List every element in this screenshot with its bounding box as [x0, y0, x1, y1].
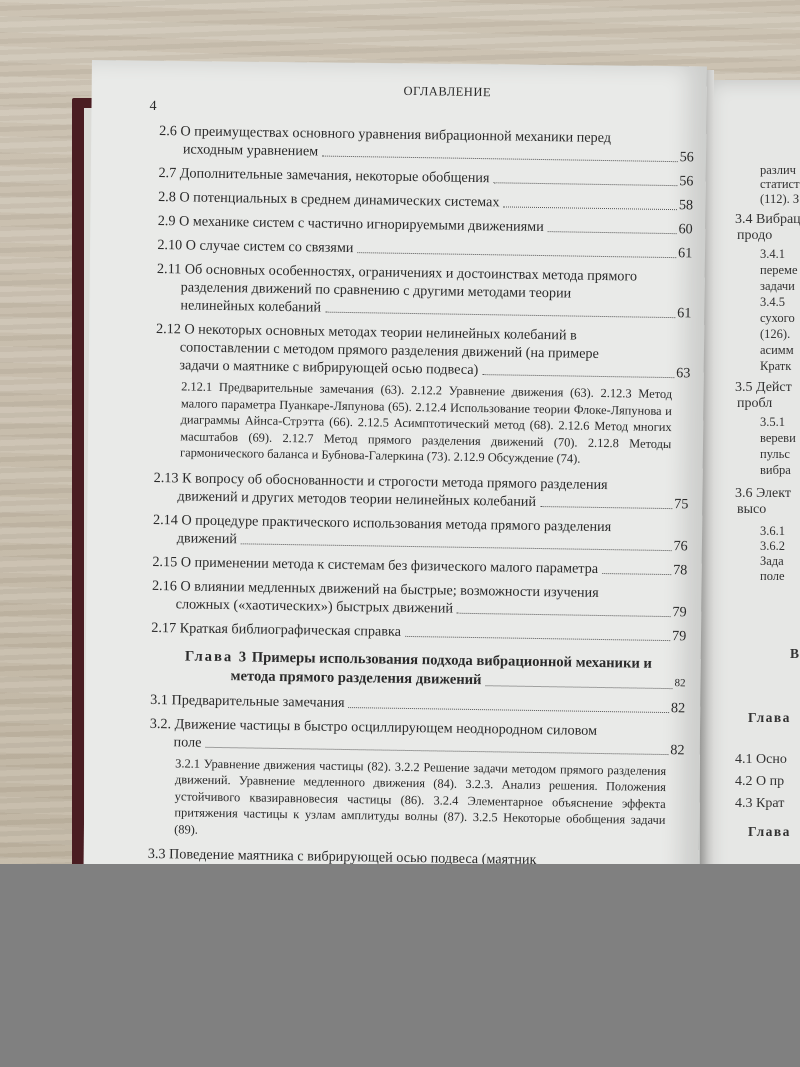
toc-entry: 2.16 О влиянии медленных движений на быс…: [152, 576, 687, 620]
right-page-fragment: 4.1 Осно: [735, 752, 787, 768]
dot-leader: [548, 231, 677, 234]
toc-entry-page: 82: [671, 699, 685, 717]
toc-entry: 2.13 К вопросу об обоснованности и строг…: [153, 468, 688, 512]
toc-entry-page: 58: [679, 196, 693, 214]
toc-entry-page: 79: [672, 603, 686, 621]
toc-entry-title-cont: поле: [173, 733, 201, 751]
toc-section-2: 2.6 О преимуществах основного уравнения …: [151, 122, 694, 645]
toc-entry-line: 2.15 О применении метода к системам без …: [152, 552, 687, 578]
right-page-fragment: вереви: [760, 430, 796, 446]
right-page-fragment: сухого: [760, 310, 795, 326]
dot-leader: [540, 506, 672, 509]
toc-entry-title-cont: сложных («хаотических») быстрых движений: [176, 595, 454, 617]
right-page-fragment: асимм: [760, 342, 794, 358]
right-page-fragment: 3.4.5: [760, 294, 785, 310]
toc-entry: 2.7 Дополнительные замечания, некоторые …: [158, 164, 693, 190]
dot-leader: [357, 252, 676, 258]
toc-entry: 2.10 О случае систем со связями61: [157, 236, 692, 262]
dot-leader: [457, 612, 670, 616]
right-page-fragment: продо: [737, 228, 772, 244]
right-page-fragment: 4.3 Крат: [735, 796, 784, 812]
toc-entry-page: 56: [679, 148, 693, 166]
dot-leader: [485, 685, 672, 689]
dot-leader: [405, 635, 670, 640]
right-page-fragment: 4.2 О пр: [735, 774, 784, 790]
right-page-fragment: 3.4 Вибрац: [735, 212, 800, 228]
toc-entry-title-cont: исходным уравнением: [183, 140, 319, 160]
toc-entry: 2.12 О некоторых основных методах теории…: [155, 320, 691, 382]
right-page-fragment: 3.6.1: [760, 523, 785, 539]
right-page-fragment: переме: [760, 262, 798, 278]
toc-entry-page: 63: [676, 364, 690, 382]
right-page-fragment: (112). З: [760, 191, 799, 207]
toc-entry-title: 2.7 Дополнительные замечания, некоторые …: [158, 164, 489, 187]
toc-entry-line: 2.10 О случае систем со связями61: [157, 236, 692, 262]
toc-entry-page: 79: [672, 627, 686, 645]
toc-entry-page: 75: [674, 495, 688, 513]
chapter-heading: Глава 3 Примеры использования подхода ви…: [150, 646, 686, 692]
redaction-overlay: [0, 864, 800, 1067]
right-page-fragment: поле: [760, 568, 785, 584]
toc-entry: 2.14 О процедуре практического использов…: [153, 510, 688, 554]
toc-entry-page: 78: [673, 561, 687, 579]
toc-entry: 2.17 Краткая библиографическая справка79: [151, 618, 686, 644]
toc-entry-line: 2.8 О потенциальных в среднем динамическ…: [158, 188, 693, 214]
right-page-fragment: высо: [737, 502, 766, 518]
right-page-fragment: (126).: [760, 326, 790, 342]
dot-leader: [325, 312, 675, 319]
toc-entry-title-cont: задачи о маятнике с вибрирующей осью под…: [179, 356, 478, 379]
right-page-fragment: 3.5.1: [760, 414, 785, 430]
toc-entry: 2.11 Об основных особенностях, ограничен…: [156, 260, 692, 322]
toc-entry: 3.2. Движение частицы в быстро осциллиру…: [149, 714, 684, 758]
dot-leader: [602, 573, 671, 575]
dot-leader: [493, 182, 677, 186]
toc-entry-title: 2.15 О применении метода к системам без …: [152, 552, 598, 577]
toc-entry: 2.8 О потенциальных в среднем динамическ…: [158, 188, 693, 214]
right-page-fragment: Зада: [760, 553, 784, 569]
right-page-fragment: статист: [760, 176, 800, 192]
toc-entry-page: 61: [678, 244, 692, 262]
right-page-fragment: Глава: [748, 824, 791, 840]
toc-entry-page: 61: [677, 304, 691, 322]
right-page-fragment: Кратк: [760, 358, 791, 374]
toc-subsections: 3.2.1 Уравнение движения частицы (82). 3…: [148, 754, 684, 845]
toc-entry-title-cont: нелинейных колебаний: [180, 296, 321, 316]
toc-entry-line: 2.7 Дополнительные замечания, некоторые …: [158, 164, 693, 190]
dot-leader: [482, 374, 674, 378]
toc-entry-line: 2.9 О механике систем с частично игнорир…: [158, 212, 693, 238]
toc-section-3: 3.1 Предварительные замечания823.2. Движ…: [147, 690, 685, 889]
dot-leader: [349, 707, 669, 713]
toc-entry-title: 2.17 Краткая библиографическая справка: [151, 618, 401, 640]
toc-entry-line: 3.1 Предварительные замечания82: [150, 690, 685, 716]
right-page-fragment: В: [790, 646, 800, 662]
right-page-fragment: задачи: [760, 278, 795, 294]
toc-entry-page: 82: [670, 741, 684, 759]
dot-leader: [322, 156, 677, 163]
toc-entry-title: 2.10 О случае систем со связями: [157, 236, 353, 257]
dot-leader: [241, 543, 672, 551]
toc-entry-title: 2.9 О механике систем с частично игнорир…: [158, 212, 544, 236]
right-page-fragment: 3.4.1: [760, 246, 785, 262]
toc-entry: 2.9 О механике систем с частично игнорир…: [158, 212, 693, 238]
toc-entry: 2.15 О применении метода к системам без …: [152, 552, 687, 578]
toc-subsections: 2.12.1 Предварительные замечания (63). 2…: [154, 378, 690, 469]
toc-entry-page: 56: [679, 172, 693, 190]
toc-entry-page: 60: [678, 220, 692, 238]
table-of-contents: ОГЛАВЛЕНИЕ 4 2.6 О преимуществах основно…: [147, 78, 695, 895]
dot-leader: [503, 206, 676, 210]
toc-entry-title: 3.1 Предварительные замечания: [150, 690, 345, 711]
right-page-fragment: 3.5 Дейст: [735, 380, 792, 396]
right-page-fragment: Глава: [748, 710, 791, 726]
right-page-fragment: пульс: [760, 446, 790, 462]
toc-entry: 3.1 Предварительные замечания82: [150, 690, 685, 716]
right-page-fragment: 3.6.2: [760, 538, 785, 554]
right-page-fragment: пробл: [737, 396, 772, 412]
chapter-title-line-2: метода прямого разделения движений: [230, 667, 481, 690]
chapter-label: Глава 3: [185, 648, 248, 665]
toc-entry: 2.6 О преимуществах основного уравнения …: [159, 122, 694, 166]
toc-entry-page: 76: [673, 537, 687, 555]
toc-entry-title: 2.8 О потенциальных в среднем динамическ…: [158, 188, 500, 211]
dot-leader: [205, 746, 668, 754]
right-page-fragment: вибра: [760, 462, 791, 478]
toc-entry-title-cont: движений: [177, 529, 237, 548]
right-page-fragment: 3.6 Элект: [735, 486, 791, 502]
toc-entry-line: 2.17 Краткая библиографическая справка79: [151, 618, 686, 644]
chapter-page: 82: [674, 674, 685, 693]
